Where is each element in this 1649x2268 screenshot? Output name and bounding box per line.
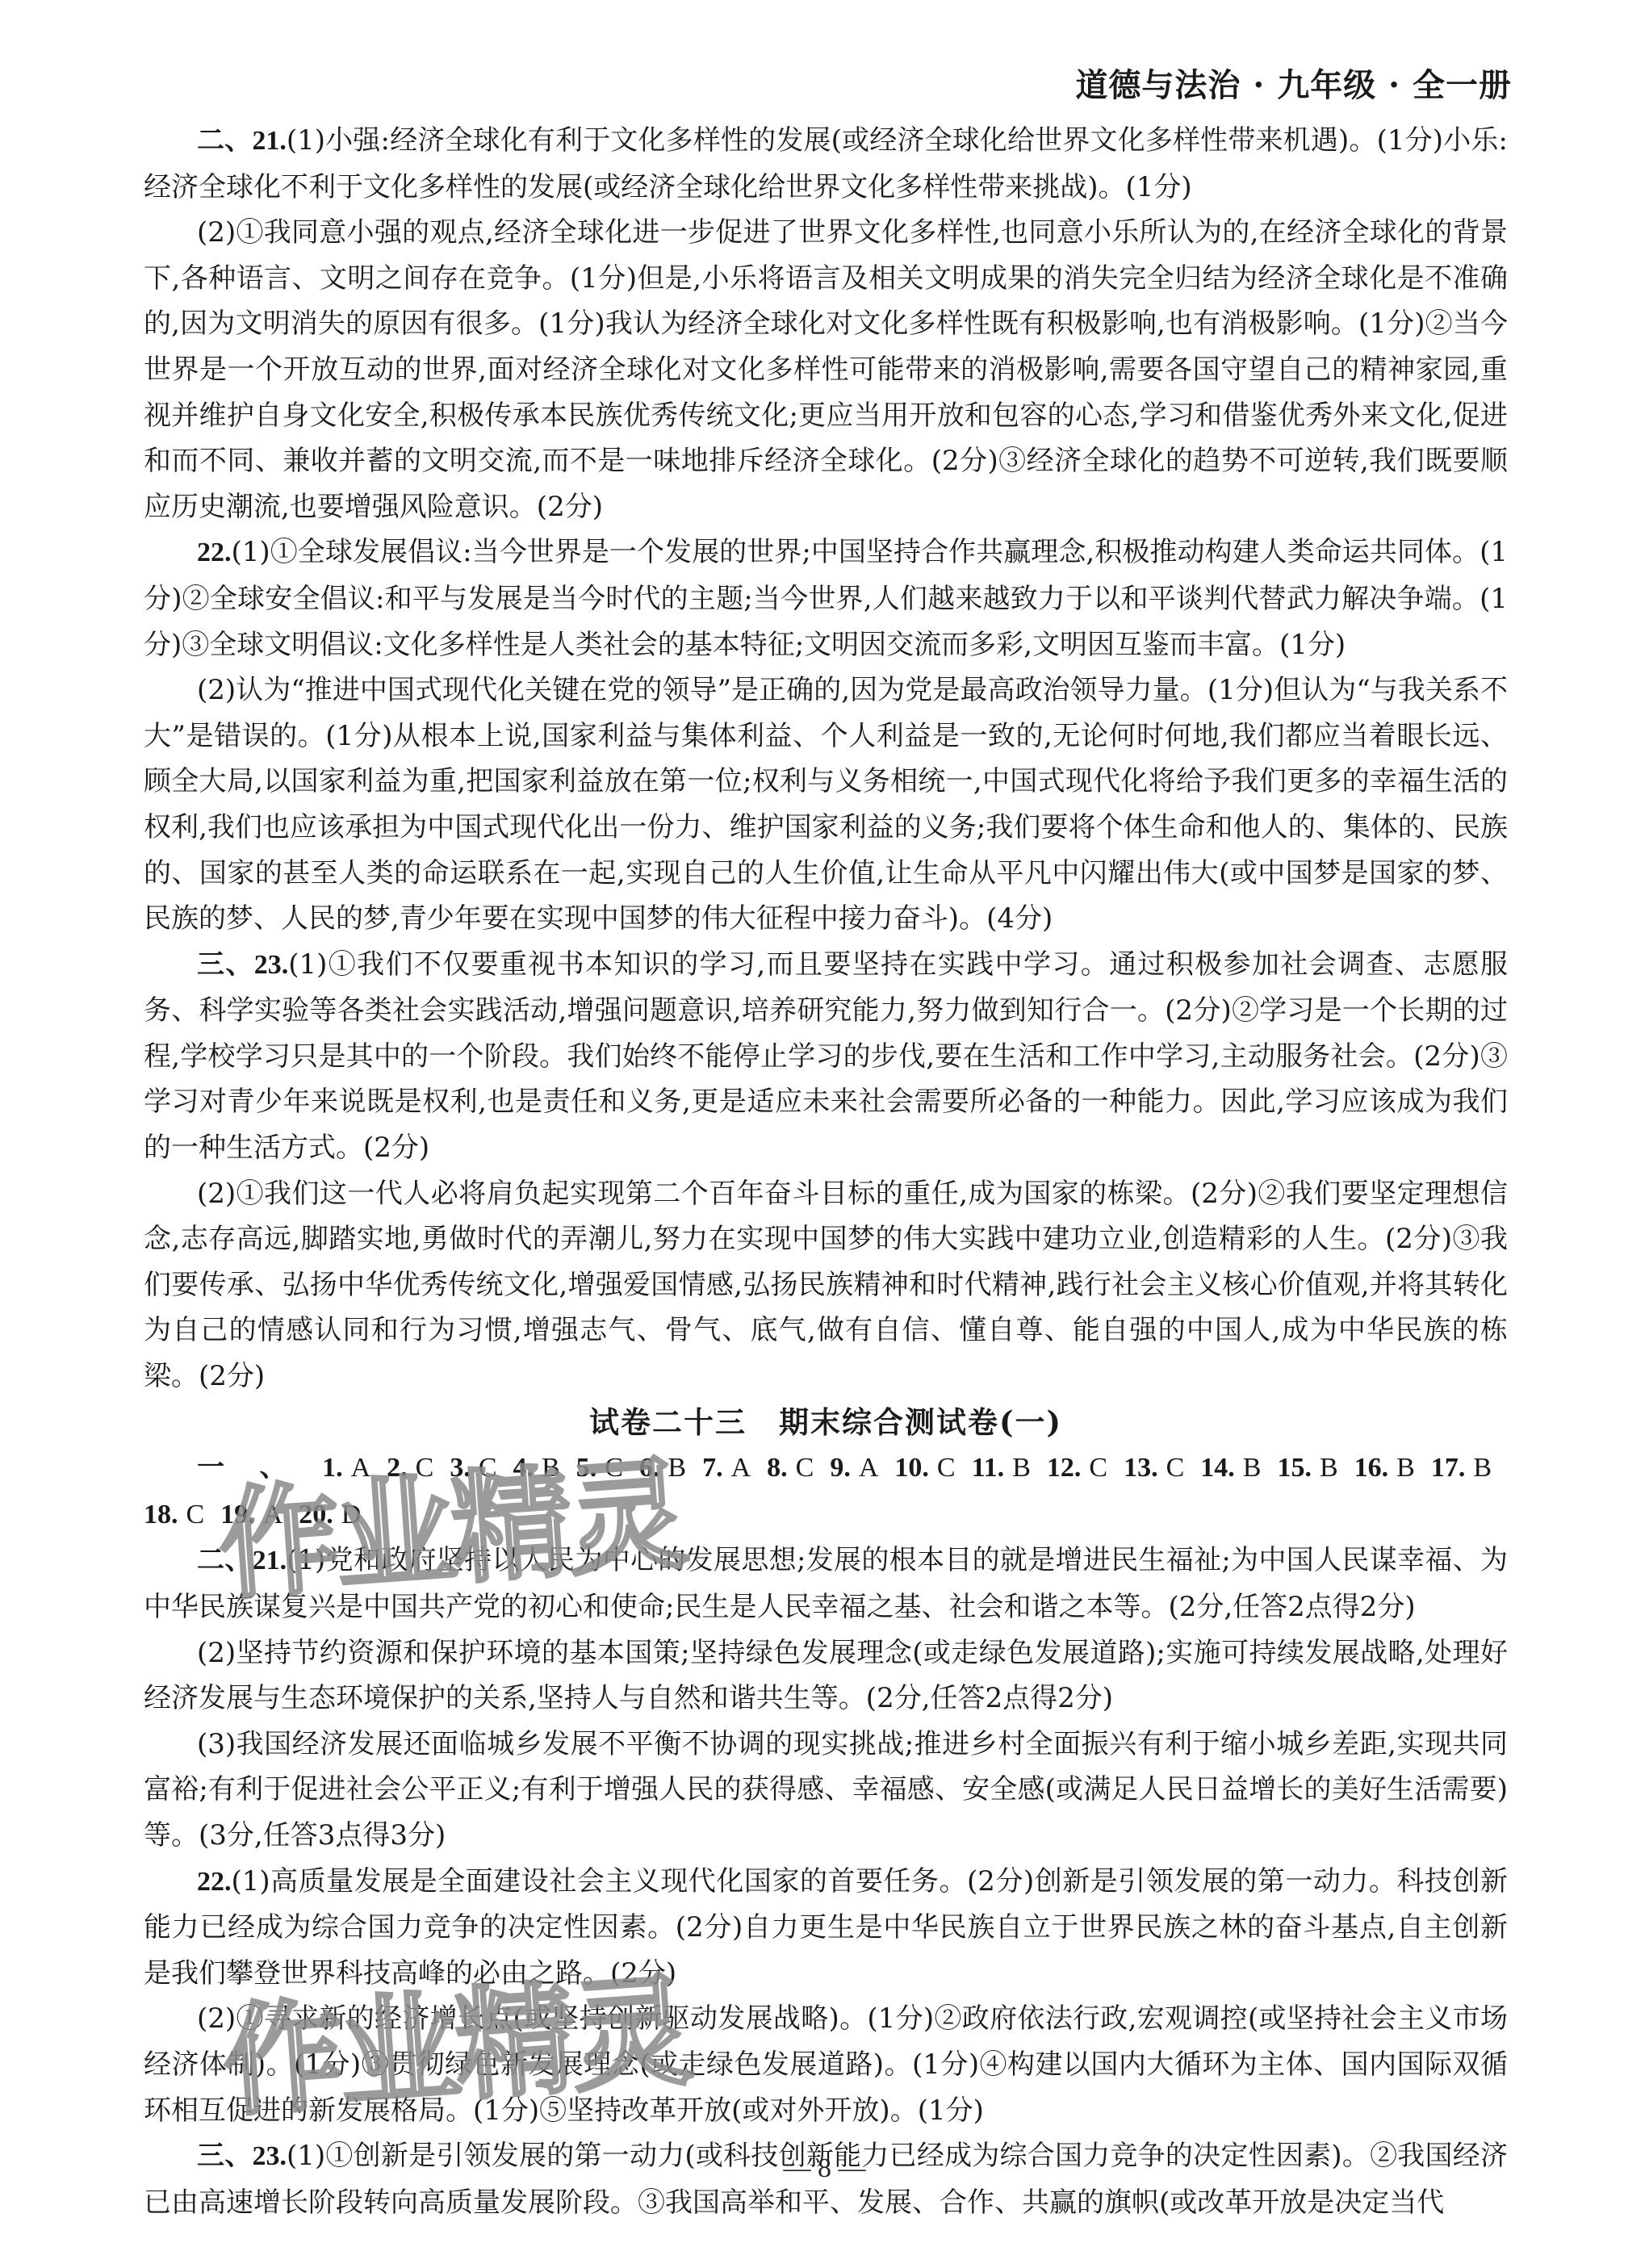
mc-question-number: 4. (513, 1453, 534, 1483)
mc-answer-choice: B (1243, 1453, 1262, 1483)
mc-question-number: 3. (450, 1453, 471, 1483)
mc-answer-item: 8.C (767, 1445, 814, 1492)
question-label: 二、21. (197, 126, 287, 156)
mc-answer-item: 10.C (894, 1445, 955, 1492)
mc-answer-choice: C (937, 1453, 956, 1483)
mc-question-number: 2. (387, 1453, 408, 1483)
answer-paragraph: (2)①我们这一代人必将肩负起实现第二个百年奋斗目标的重任,成为国家的栋梁。(2… (144, 1171, 1508, 1400)
mc-answer-choice: A (731, 1453, 751, 1483)
answer-text: (2)①我同意小强的观点,经济全球化进一步促进了世界文化多样性,也同意小乐所认为… (144, 216, 1508, 523)
mc-question-number: 17. (1431, 1453, 1466, 1483)
mc-answer-item: 11.B (972, 1445, 1031, 1492)
mc-question-number: 16. (1354, 1453, 1389, 1483)
answer-text: (1)①我们不仅要重视书本知识的学习,而且要坚持在实践中学习。通过积极参加社会调… (144, 948, 1508, 1164)
question-label: 一、 (197, 1453, 322, 1483)
mc-question-number: 7. (702, 1453, 723, 1483)
mc-answer-item: 9.A (830, 1445, 878, 1492)
answer-paragraph: 二、21.(1)小强:经济全球化有利于文化多样性的发展(或经济全球化给世界文化多… (144, 118, 1508, 210)
mc-answer-choice: B (1473, 1453, 1492, 1483)
mc-question-number: 20. (299, 1500, 333, 1529)
answer-paragraph: (2)①我同意小强的观点,经济全球化进一步促进了世界文化多样性,也同意小乐所认为… (144, 210, 1508, 529)
mc-answer-choice: C (605, 1453, 623, 1483)
mc-answer-item: 12.C (1047, 1445, 1107, 1492)
mc-question-number: 19. (220, 1500, 255, 1529)
mc-answer-item: 2.C (387, 1445, 433, 1492)
answer-text: (3)我国经济发展还面临城乡发展不平衡不协调的现实挑战;推进乡村全面振兴有利于缩… (144, 1728, 1508, 1852)
mc-answer-item: 19.A (220, 1492, 283, 1538)
answer-paragraph: (2)认为“推进中国式现代化关键在党的领导”是正确的,因为党是最高政治领导力量。… (144, 667, 1508, 942)
question-label: 三、23. (197, 950, 288, 980)
mc-answer-choice: C (479, 1453, 497, 1483)
mc-answer-choice: C (1089, 1453, 1107, 1483)
mc-question-number: 10. (894, 1453, 929, 1483)
mc-answer-item: 7.A (702, 1445, 751, 1492)
answer-text: (1)小强:经济全球化有利于文化多样性的发展(或经济全球化给世界文化多样性带来机… (144, 124, 1508, 203)
mc-answer-item: 20.D (299, 1492, 361, 1538)
mc-question-number: 6. (639, 1453, 660, 1483)
answer-text: (1)①全球发展倡议:当今世界是一个发展的世界;中国坚持合作共赢理念,积极推动构… (144, 536, 1508, 660)
mc-answer-choice: C (796, 1453, 814, 1483)
mc-answer-item: 16.B (1354, 1445, 1415, 1492)
mc-question-number: 5. (576, 1453, 597, 1483)
question-label: 二、21. (197, 1546, 287, 1575)
mc-question-number: 12. (1047, 1453, 1082, 1483)
mc-answer-choice: C (416, 1453, 434, 1483)
mc-answer-choice: B (1012, 1453, 1031, 1483)
mc-answer-item: 15.B (1277, 1445, 1337, 1492)
mc-question-number: 1. (322, 1453, 343, 1483)
mc-answer-item: 14.B (1200, 1445, 1261, 1492)
answer-paragraph: 22.(1)①全球发展倡议:当今世界是一个发展的世界;中国坚持合作共赢理念,积极… (144, 529, 1508, 667)
mc-answer-choice: C (186, 1500, 205, 1529)
mc-answer-choice: B (1320, 1453, 1338, 1483)
answer-text: (2)坚持节约资源和保护环境的基本国策;坚持绿色发展理念(或走绿色发展道路);实… (144, 1637, 1508, 1715)
mc-question-number: 14. (1200, 1453, 1235, 1483)
answer-text: (1)高质量发展是全面建设社会主义现代化国家的首要任务。(2分)创新是引领发展的… (144, 1865, 1508, 1990)
answer-paragraph: 22.(1)高质量发展是全面建设社会主义现代化国家的首要任务。(2分)创新是引领… (144, 1859, 1508, 1997)
question-label: 22. (197, 1867, 232, 1897)
mc-answer-item: 5.C (576, 1445, 623, 1492)
question-label: 22. (197, 538, 232, 567)
answer-paragraph: 二、21.(1)党和政府坚持以人民为中心的发展思想;发展的根本目的就是增进民生福… (144, 1538, 1508, 1630)
mc-question-number: 13. (1124, 1453, 1158, 1483)
answer-content: 二、21.(1)小强:经济全球化有利于文化多样性的发展(或经济全球化给世界文化多… (144, 118, 1508, 2225)
answer-paragraph: (2)①寻求新的经济增长点(或坚持创新驱动发展战略)。(1分)②政府依法行政,宏… (144, 1996, 1508, 2133)
exam-title-number: 试卷二十三 (589, 1404, 747, 1440)
exam-title: 试卷二十三期末综合测试卷(一) (144, 1400, 1508, 1446)
answer-paragraph: (3)我国经济发展还面临城乡发展不平衡不协调的现实挑战;推进乡村全面振兴有利于缩… (144, 1722, 1508, 1859)
mc-question-number: 9. (830, 1453, 851, 1483)
mc-question-number: 18. (144, 1500, 178, 1529)
answer-text: (2)①我们这一代人必将肩负起实现第二个百年奋斗目标的重任,成为国家的栋梁。(2… (144, 1178, 1508, 1392)
answer-paragraph: 三、23.(1)①我们不仅要重视书本知识的学习,而且要坚持在实践中学习。通过积极… (144, 942, 1508, 1171)
mc-answer-choice: A (263, 1500, 283, 1529)
page-header-title: 道德与法治 · 九年级 · 全一册 (1075, 63, 1512, 108)
mc-answer-choice: B (668, 1453, 686, 1483)
mc-answer-choice: A (859, 1453, 879, 1483)
mc-question-number: 8. (767, 1453, 788, 1483)
mc-answer-item: 17.B (1431, 1445, 1492, 1492)
mc-answer-item: 18.C (144, 1492, 204, 1538)
answer-text: (2)①寻求新的经济增长点(或坚持创新驱动发展战略)。(1分)②政府依法行政,宏… (144, 2002, 1508, 2126)
mc-answer-item: 3.C (450, 1445, 496, 1492)
mc-answer-item: 6.B (639, 1445, 686, 1492)
multiple-choice-answers: 一、1.A2.C3.C4.B5.C6.B7.A8.C9.A10.C11.B12.… (144, 1445, 1508, 1538)
page-number: — 8 — (0, 2153, 1649, 2184)
mc-question-number: 15. (1277, 1453, 1312, 1483)
mc-answer-choice: B (542, 1453, 560, 1483)
answer-text: (2)认为“推进中国式现代化关键在党的领导”是正确的,因为党是最高政治领导力量。… (144, 674, 1508, 935)
mc-answer-choice: D (341, 1500, 362, 1529)
mc-answer-list: 1.A2.C3.C4.B5.C6.B7.A8.C9.A10.C11.B12.C1… (144, 1451, 1508, 1530)
mc-question-number: 11. (972, 1453, 1005, 1483)
answer-text: (1)党和政府坚持以人民为中心的发展思想;发展的根本目的就是增进民生福祉;为中国… (144, 1544, 1508, 1623)
answer-paragraph: (2)坚持节约资源和保护环境的基本国策;坚持绿色发展理念(或走绿色发展道路);实… (144, 1630, 1508, 1722)
mc-answer-item: 13.C (1124, 1445, 1184, 1492)
mc-answer-choice: A (351, 1453, 371, 1483)
mc-answer-item: 1.A (322, 1445, 370, 1492)
exam-title-name: 期末综合测试卷(一) (779, 1404, 1062, 1440)
mc-answer-item: 4.B (513, 1445, 560, 1492)
mc-answer-choice: C (1166, 1453, 1185, 1483)
mc-answer-choice: B (1396, 1453, 1415, 1483)
